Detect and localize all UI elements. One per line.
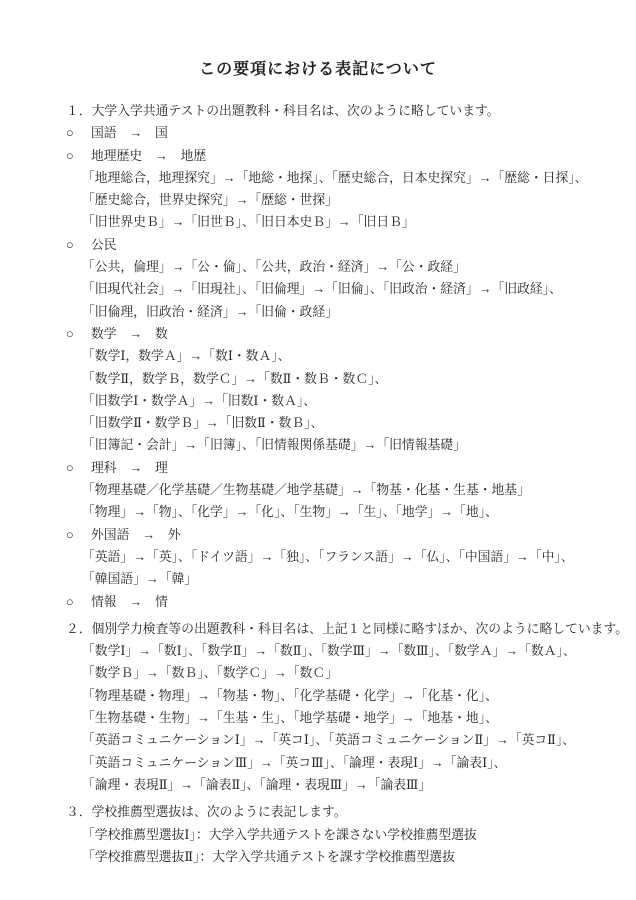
subject-line: ○地理歴史 → 地歴 xyxy=(66,145,636,167)
section-lines: ○国語 → 国 ○地理歴史 → 地歴 「地理総合，地理探究」→「地総・地探」、「… xyxy=(66,122,636,613)
abbreviation-line: 「旧世界史Ｂ」→「旧世Ｂ」、「旧日本史Ｂ」→「旧日Ｂ」 xyxy=(66,211,636,233)
abbreviation-line-text: 「韓国語」→「韓」 xyxy=(82,572,197,586)
abbreviation-line: 「歴史総合，世界史探究」→「歴総・世探」 xyxy=(66,189,636,211)
abbreviation-line: 「物理」→「物」、「化学」→「化」、「生物」→「生」、「地学」→「地」、 xyxy=(66,501,636,523)
circle-bullet: ○ xyxy=(66,524,91,546)
subject-line: ○理科 → 理 xyxy=(66,457,636,479)
abbreviation-line-text: 「数学Ⅰ」→「数Ⅰ」、「数学Ⅱ」→「数Ⅱ」、「数学Ⅲ」→「数Ⅲ」、「数学Ａ」→「… xyxy=(82,644,576,658)
abbreviation-line-text: 「旧数学Ⅰ・数学Ａ」→「旧数Ⅰ・数Ａ」、 xyxy=(82,394,316,408)
abbreviation-line: 「英語コミュニケーションⅠ」→「英コⅠ」、「英語コミュニケーションⅡ」→「英コⅡ… xyxy=(66,729,636,751)
subject-line-text: 数学 → 数 xyxy=(91,327,168,341)
section-heading: ２．個別学力検査等の出題教科・科目名は、上記１と同様に略すほか、次のように略して… xyxy=(66,618,636,640)
subject-line-text: 国語 → 国 xyxy=(91,126,168,140)
subject-line-text: 外国語 → 外 xyxy=(91,528,181,542)
circle-bullet: ○ xyxy=(66,323,91,345)
abbreviation-line-text: 「物理基礎・物理」→「物基・物」、「化学基礎・化学」→「化基・化」、 xyxy=(82,689,498,703)
abbreviation-line-text: 「生物基礎・生物」→「生基・生」、「地学基礎・地学」→「地基・地」、 xyxy=(82,711,498,725)
abbreviation-line: 「物理基礎・物理」→「物基・物」、「化学基礎・化学」→「化基・化」、 xyxy=(66,685,636,707)
abbreviation-line-text: 「地理総合，地理探究」→「地総・地探」、「歴史総合，日本史探究」→「歴総・日探」… xyxy=(82,171,587,185)
abbreviation-line: 「公共，倫理」→「公・倫」、「公共，政治・経済」→「公・政経」 xyxy=(66,256,636,278)
abbreviation-line: 「英語コミュニケーションⅢ」→「英コⅢ」、「論理・表現Ⅰ」→「論表Ⅰ」、 xyxy=(66,752,636,774)
subject-line: ○公民 xyxy=(66,234,636,256)
abbreviation-line-text: 「英語コミュニケーションⅢ」→「英コⅢ」、「論理・表現Ⅰ」→「論表Ⅰ」、 xyxy=(82,756,506,770)
abbreviation-line-text: 「英語」→「英」、「ドイツ語」→「独」、「フランス語」→「仏」、「中国語」→「中… xyxy=(82,550,574,564)
abbreviation-line-text: 「英語コミュニケーションⅠ」→「英コⅠ」、「英語コミュニケーションⅡ」→「英コⅡ… xyxy=(82,733,575,747)
notation-section: ３．学校推薦型選抜は、次のように表記します。 「学校推薦型選抜Ⅰ」：大学入学共通… xyxy=(66,801,636,868)
abbreviation-line-text: 「数学Ⅱ，数学Ｂ，数学Ｃ」→「数Ⅱ・数Ｂ・数Ｃ」、 xyxy=(82,372,387,386)
abbreviation-line-text: 「旧世界史Ｂ」→「旧世Ｂ」、「旧日本史Ｂ」→「旧日Ｂ」 xyxy=(82,215,415,229)
subject-line-text: 理科 → 理 xyxy=(91,461,168,475)
section-lines: 「学校推薦型選抜Ⅰ」：大学入学共通テストを課さない学校推薦型選抜 「学校推薦型選… xyxy=(66,824,636,869)
abbreviation-line-text: 「旧数学Ⅱ・数学Ｂ」→「旧数Ⅱ・数Ｂ」、 xyxy=(82,416,323,430)
circle-bullet: ○ xyxy=(66,145,91,167)
abbreviation-line: 「論理・表現Ⅱ」→「論表Ⅱ」、「論理・表現Ⅲ」→「論表Ⅲ」 xyxy=(66,774,636,796)
abbreviation-line-text: 「旧現代社会」→「旧現社」、「旧倫理」→「旧倫」、「旧政治・経済」→「旧政経」、 xyxy=(82,282,562,296)
abbreviation-line-text: 「数学Ⅰ，数学Ａ」→「数Ⅰ・数Ａ」、 xyxy=(82,349,290,363)
abbreviation-line: 「学校推薦型選抜Ⅰ」：大学入学共通テストを課さない学校推薦型選抜 xyxy=(66,824,636,846)
notation-section: １．大学入学共通テストの出題教科・科目名は、次のように略しています。 ○国語 →… xyxy=(66,100,636,613)
abbreviation-line: 「旧倫理，旧政治・経済」→「旧倫・政経」 xyxy=(66,301,636,323)
document-page: この要項における表記について １．大学入学共通テストの出題教科・科目名は、次のよ… xyxy=(0,0,636,900)
circle-bullet: ○ xyxy=(66,234,91,256)
page-title: この要項における表記について xyxy=(0,0,636,79)
abbreviation-line-text: 「数学Ｂ」→「数Ｂ」、「数学Ｃ」→「数Ｃ」 xyxy=(82,666,338,680)
abbreviation-line: 「数学Ⅱ，数学Ｂ，数学Ｃ」→「数Ⅱ・数Ｂ・数Ｃ」、 xyxy=(66,368,636,390)
abbreviation-line: 「地理総合，地理探究」→「地総・地探」、「歴史総合，日本史探究」→「歴総・日探」… xyxy=(66,167,636,189)
section-heading: １．大学入学共通テストの出題教科・科目名は、次のように略しています。 xyxy=(66,100,636,122)
subject-line-text: 情報 → 情 xyxy=(91,595,168,609)
abbreviation-line-text: 「学校推薦型選抜Ⅱ」：大学入学共通テストを課す学校推薦型選抜 xyxy=(82,850,455,864)
notation-section: ２．個別学力検査等の出題教科・科目名は、上記１と同様に略すほか、次のように略して… xyxy=(66,618,636,796)
abbreviation-line: 「旧簿記・会計」→「旧簿」、「旧情報関係基礎」→「旧情報基礎」 xyxy=(66,434,636,456)
abbreviation-line: 「韓国語」→「韓」 xyxy=(66,568,636,590)
circle-bullet: ○ xyxy=(66,122,91,144)
subject-line: ○情報 → 情 xyxy=(66,591,636,613)
subject-line: ○数学 → 数 xyxy=(66,323,636,345)
document-content: １．大学入学共通テストの出題教科・科目名は、次のように略しています。 ○国語 →… xyxy=(66,100,636,868)
section-lines: 「数学Ⅰ」→「数Ⅰ」、「数学Ⅱ」→「数Ⅱ」、「数学Ⅲ」→「数Ⅲ」、「数学Ａ」→「… xyxy=(66,640,636,796)
subject-line-text: 地理歴史 → 地歴 xyxy=(91,149,206,163)
abbreviation-line-text: 「公共，倫理」→「公・倫」、「公共，政治・経済」→「公・政経」 xyxy=(82,260,466,274)
subject-line-text: 公民 xyxy=(91,238,117,252)
subject-line: ○国語 → 国 xyxy=(66,122,636,144)
abbreviation-line-text: 「論理・表現Ⅱ」→「論表Ⅱ」、「論理・表現Ⅲ」→「論表Ⅲ」 xyxy=(82,778,431,792)
abbreviation-line-text: 「物理」→「物」、「化学」→「化」、「生物」→「生」、「地学」→「地」、 xyxy=(82,505,498,519)
section-heading: ３．学校推薦型選抜は、次のように表記します。 xyxy=(66,801,636,823)
abbreviation-line: 「数学Ｂ」→「数Ｂ」、「数学Ｃ」→「数Ｃ」 xyxy=(66,662,636,684)
abbreviation-line: 「物理基礎／化学基礎／生物基礎／地学基礎」→「物基・化基・生基・地基」 xyxy=(66,479,636,501)
abbreviation-line: 「旧数学Ⅰ・数学Ａ」→「旧数Ⅰ・数Ａ」、 xyxy=(66,390,636,412)
abbreviation-line-text: 「物理基礎／化学基礎／生物基礎／地学基礎」→「物基・化基・生基・地基」 xyxy=(82,483,530,497)
abbreviation-line: 「旧数学Ⅱ・数学Ｂ」→「旧数Ⅱ・数Ｂ」、 xyxy=(66,412,636,434)
abbreviation-line: 「生物基礎・生物」→「生基・生」、「地学基礎・地学」→「地基・地」、 xyxy=(66,707,636,729)
abbreviation-line-text: 「歴史総合，世界史探究」→「歴総・世探」 xyxy=(82,193,338,207)
circle-bullet: ○ xyxy=(66,591,91,613)
abbreviation-line: 「数学Ⅰ」→「数Ⅰ」、「数学Ⅱ」→「数Ⅱ」、「数学Ⅲ」→「数Ⅲ」、「数学Ａ」→「… xyxy=(66,640,636,662)
abbreviation-line-text: 「旧倫理，旧政治・経済」→「旧倫・政経」 xyxy=(82,305,338,319)
abbreviation-line: 「数学Ⅰ，数学Ａ」→「数Ⅰ・数Ａ」、 xyxy=(66,345,636,367)
subject-line: ○外国語 → 外 xyxy=(66,524,636,546)
circle-bullet: ○ xyxy=(66,457,91,479)
abbreviation-line-text: 「学校推薦型選抜Ⅰ」：大学入学共通テストを課さない学校推薦型選抜 xyxy=(82,828,477,842)
abbreviation-line: 「学校推薦型選抜Ⅱ」：大学入学共通テストを課す学校推薦型選抜 xyxy=(66,846,636,868)
abbreviation-line: 「英語」→「英」、「ドイツ語」→「独」、「フランス語」→「仏」、「中国語」→「中… xyxy=(66,546,636,568)
abbreviation-line-text: 「旧簿記・会計」→「旧簿」、「旧情報関係基礎」→「旧情報基礎」 xyxy=(82,438,466,452)
abbreviation-line: 「旧現代社会」→「旧現社」、「旧倫理」→「旧倫」、「旧政治・経済」→「旧政経」、 xyxy=(66,278,636,300)
